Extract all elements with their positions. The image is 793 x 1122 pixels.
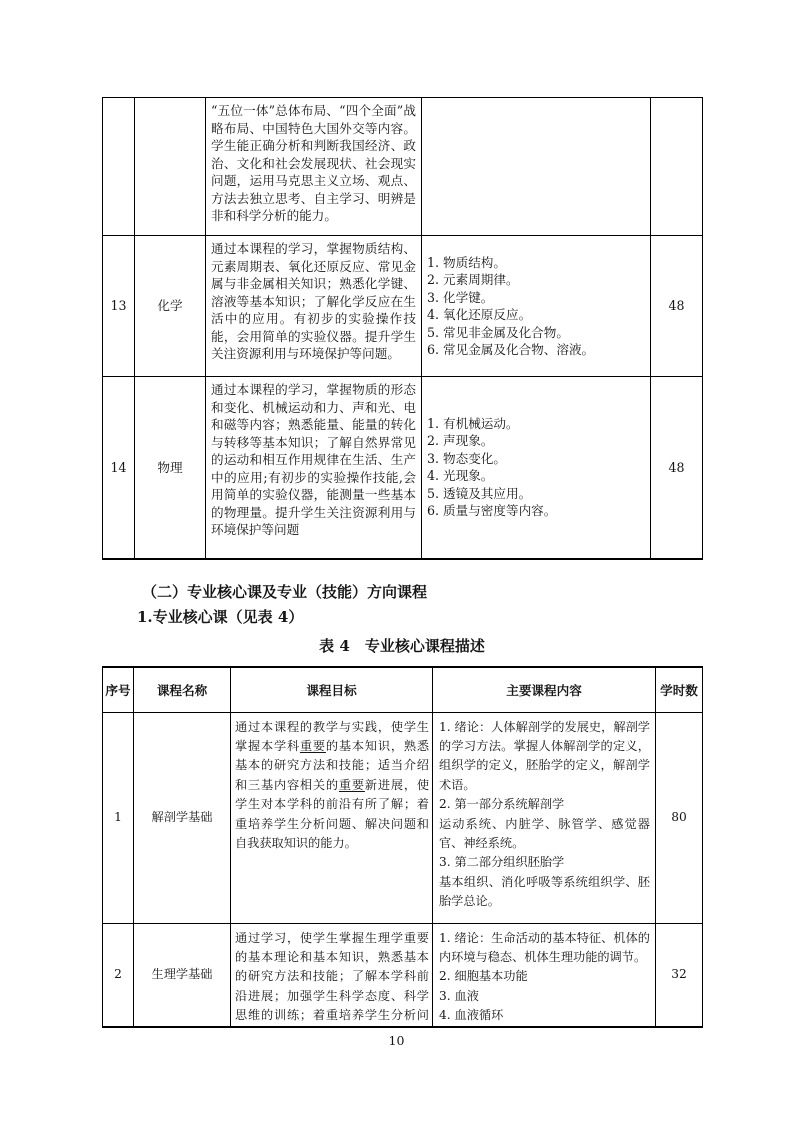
header-seq: 序号	[103, 667, 134, 712]
table-row-continued: “五位一体”总体布局、“四个全面”战略布局、中国特色大国外交等内容。学生能正确分…	[103, 98, 703, 236]
table-row-anatomy: 1 解剖学基础 通过本课程的教学与实践，使学生掌握本学科重要的基本知识，熟悉基本…	[103, 712, 703, 923]
cell-course-goal: 通过本课程的教学与实践，使学生掌握本学科重要的基本知识，熟悉基本的研究方法和技能…	[231, 712, 433, 923]
cell-hours: 32	[656, 923, 703, 1027]
cell-course-content: 1. 有机械运动。2. 声现象。3. 物态变化。4. 光现象。5. 透镜及其应用…	[422, 377, 651, 559]
header-content: 主要课程内容	[433, 667, 656, 712]
cell-hours: 48	[651, 377, 703, 559]
cell-hours	[651, 98, 703, 236]
section-heading: （二）专业核心课及专业（技能）方向课程	[142, 583, 427, 601]
cell-course-content: 1. 物质结构。2. 元素周期律。3. 化学键。4. 氧化还原反应。5. 常见非…	[422, 236, 651, 377]
cell-course-name: 物理	[135, 377, 206, 559]
cell-seq: 1	[103, 712, 134, 923]
cell-seq: 2	[103, 923, 134, 1027]
cell-course-goal: 通过学习，使学生掌握生理学重要的基本理论和基本知识，熟悉基本的研究方法和技能；了…	[231, 923, 433, 1027]
cell-course-goal: 通过本课程的学习，掌握物质结构、元素周期表、氧化还原反应、常见金属与非金属相关知…	[206, 236, 422, 377]
table4-title: 表 4 专业核心课程描述	[102, 636, 702, 656]
cell-course-name: 生理学基础	[134, 923, 231, 1027]
cell-seq	[103, 98, 135, 236]
cell-course-name: 化学	[135, 236, 206, 377]
general-course-table: “五位一体”总体布局、“四个全面”战略布局、中国特色大国外交等内容。学生能正确分…	[102, 97, 703, 560]
table-header-row: 序号 课程名称 课程目标 主要课程内容 学时数	[103, 667, 703, 712]
cell-course-goal: “五位一体”总体布局、“四个全面”战略布局、中国特色大国外交等内容。学生能正确分…	[206, 98, 422, 236]
section-subheading: 1.专业核心课（见表 4）	[137, 608, 303, 626]
table-row-chemistry: 13 化学 通过本课程的学习，掌握物质结构、元素周期表、氧化还原反应、常见金属与…	[103, 236, 703, 377]
cell-seq: 13	[103, 236, 135, 377]
cell-course-name: 解剖学基础	[134, 712, 231, 923]
header-name: 课程名称	[134, 667, 231, 712]
cell-hours: 80	[656, 712, 703, 923]
header-hours: 学时数	[656, 667, 703, 712]
page-number: 10	[0, 1033, 793, 1049]
cell-course-name	[135, 98, 206, 236]
document-page: “五位一体”总体布局、“四个全面”战略布局、中国特色大国外交等内容。学生能正确分…	[0, 0, 793, 1122]
cell-course-content: 1. 绪论：生命活动的基本特征、机体的内环境与稳态、机体生理功能的调节。2. 细…	[433, 923, 656, 1027]
cell-course-goal: 通过本课程的学习，掌握物质的形态和变化、机械运动和力、声和光、电和磁等内容；熟悉…	[206, 377, 422, 559]
header-goal: 课程目标	[231, 667, 433, 712]
cell-course-content	[422, 98, 651, 236]
table-row-physics: 14 物理 通过本课程的学习，掌握物质的形态和变化、机械运动和力、声和光、电和磁…	[103, 377, 703, 559]
cell-seq: 14	[103, 377, 135, 559]
cell-course-content: 1. 绪论：人体解剖学的发展史，解剖学的学习方法。掌握人体解剖学的定义，组织学的…	[433, 712, 656, 923]
cell-hours: 48	[651, 236, 703, 377]
table-row-physiology: 2 生理学基础 通过学习，使学生掌握生理学重要的基本理论和基本知识，熟悉基本的研…	[103, 923, 703, 1027]
core-course-table: 序号 课程名称 课程目标 主要课程内容 学时数 1 解剖学基础 通过本课程的教学…	[102, 666, 703, 1028]
goal-text-clipped: 通过学习，使学生掌握生理学重要的基本理论和基本知识，熟悉基本的研究方法和技能；了…	[235, 929, 429, 1024]
content-list-clipped: 1. 绪论：生命活动的基本特征、机体的内环境与稳态、机体生理功能的调节。2. 细…	[439, 929, 650, 1024]
